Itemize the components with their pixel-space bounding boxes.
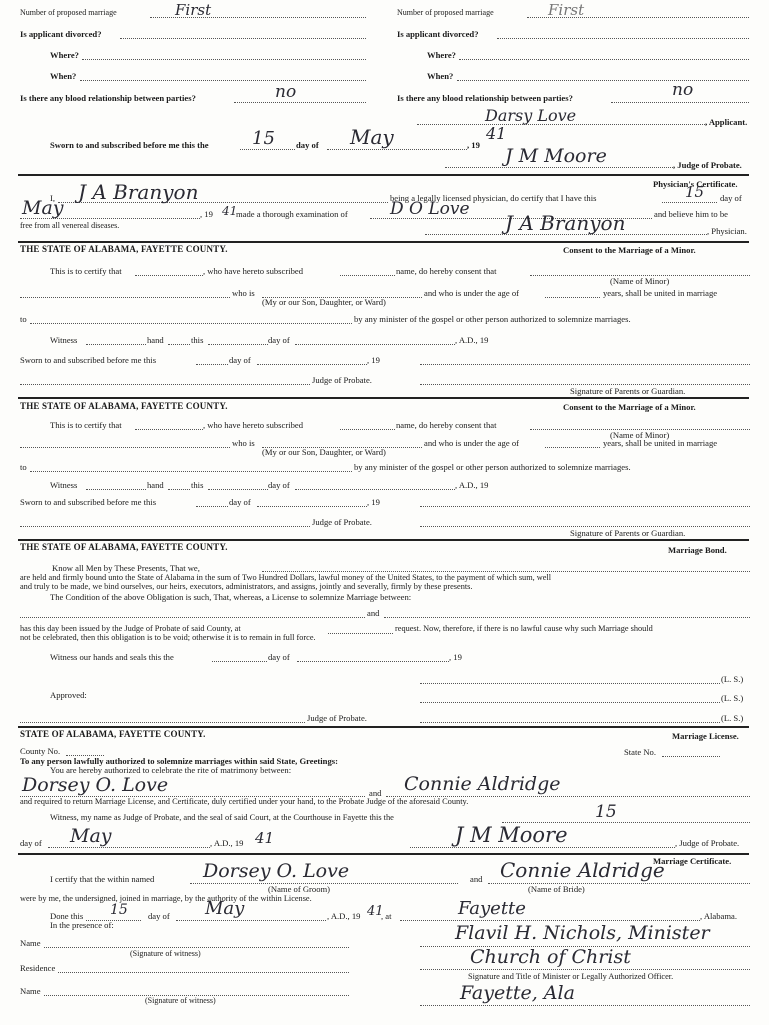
field-line — [257, 506, 367, 507]
bond-p5a: has this day been issued by the Judge of… — [20, 624, 241, 633]
hw-minister-signature: Flavil H. Nichols, Minister — [455, 922, 710, 944]
field-line — [420, 526, 750, 527]
license-day-of: day of — [20, 838, 42, 848]
sworn-b: day of — [229, 355, 251, 365]
presence-text: In the presence of: — [50, 920, 114, 930]
hw-number-marriage: First — [175, 1, 211, 19]
hw-sworn-year: 41 — [486, 124, 506, 143]
witness-e: , A.D., 19 — [455, 480, 488, 490]
sworn-a: Sworn to and subscribed before me this — [20, 497, 156, 507]
field-line — [86, 344, 146, 345]
witness-text: Witness, my name as Judge of Probate, an… — [50, 813, 394, 822]
name2-label: Name — [20, 986, 41, 996]
bond-p5b: request. Now, therefore, if there is no … — [395, 624, 653, 633]
field-line — [196, 506, 228, 507]
field-line — [340, 429, 395, 430]
parents-label: Signature of Parents or Guardian. — [570, 528, 685, 538]
license-ad: , A.D., 19 — [210, 838, 243, 848]
field-line — [44, 947, 349, 948]
field-line — [234, 102, 366, 103]
consent-line2c: years, shall be united in marriage — [603, 288, 717, 298]
hw-license-judge-signature: J M Moore — [455, 823, 568, 847]
field-line — [420, 702, 720, 703]
hw-patient: D O Love — [390, 199, 470, 219]
consent-line1c: name, do hereby consent that — [396, 266, 496, 276]
hw-cert-groom: Dorsey O. Love — [203, 860, 349, 882]
label-divorced: Is applicant divorced? — [20, 29, 102, 39]
state-header: THE STATE OF ALABAMA, FAYETTE COUNTY. — [20, 542, 228, 552]
section-title: Marriage Bond. — [668, 545, 727, 555]
consent-line2b: and who is under the age of — [424, 288, 519, 298]
hw-cert-day: 15 — [110, 902, 128, 918]
sworn-a: Sworn to and subscribed before me this — [20, 355, 156, 365]
name1-label: Name — [20, 938, 41, 948]
hw-physician-year: 41 — [222, 204, 237, 218]
ls-3: (L. S.) — [721, 713, 743, 723]
witness-c: this — [191, 335, 203, 345]
physician-text-d: made a thorough examination of — [236, 209, 348, 219]
section-title: Consent to the Marriage of a Minor. — [563, 245, 696, 255]
field-line — [297, 661, 449, 662]
cert-day-of: day of — [148, 911, 170, 921]
bride-label: (Name of Bride) — [528, 884, 585, 894]
field-line — [80, 80, 366, 81]
label-blood: Is there any blood relationship between … — [20, 93, 196, 103]
hw-physician-signature: J A Branyon — [505, 211, 625, 235]
field-line — [459, 59, 749, 60]
field-line — [58, 972, 349, 973]
field-line — [400, 920, 700, 921]
bond-p6: not be celebrated, then this obligation … — [20, 633, 316, 642]
field-line — [545, 297, 600, 298]
field-line — [20, 384, 310, 385]
hw-physician-month: May — [22, 197, 64, 219]
field-line — [457, 80, 749, 81]
consent-line3b: by any minister of the gospel or other p… — [354, 314, 631, 324]
bond-p2: are held and firmly bound unto the State… — [20, 573, 551, 582]
name-of-minor-label: (Name of Minor) — [610, 276, 669, 286]
field-line — [295, 344, 455, 345]
hw-judge-signature: J M Moore — [505, 145, 607, 167]
divider — [18, 241, 749, 243]
field-line — [212, 661, 267, 662]
consent-line3a: to — [20, 314, 27, 324]
relation-label: (My or our Son, Daughter, or Ward) — [262, 297, 386, 307]
consent-line3b: by any minister of the gospel or other p… — [354, 462, 631, 472]
ls-2: (L. S.) — [721, 693, 743, 703]
consent-line1b: , who have hereto subscribed — [203, 266, 303, 276]
parents-label: Signature of Parents or Guardian. — [570, 386, 685, 396]
hw-sworn-day: 15 — [252, 128, 275, 149]
hw-physician-name: J A Branyon — [78, 180, 198, 204]
field-line — [328, 633, 393, 634]
hw-blood: no — [275, 82, 296, 102]
minister-label: Signature and Title of Minister or Legal… — [468, 972, 673, 981]
field-line — [20, 617, 365, 618]
field-line — [420, 506, 750, 507]
divider — [18, 726, 749, 728]
witness-c: this — [191, 480, 203, 490]
divider — [18, 853, 749, 855]
consent-line2b: and who is under the age of — [424, 438, 519, 448]
bond-p4: The Condition of the above Obligation is… — [50, 592, 411, 602]
field-line — [420, 384, 750, 385]
field-line — [340, 275, 395, 276]
physician-text-e: and believe him to be — [654, 209, 728, 219]
witness-e: , A.D., 19 — [455, 335, 488, 345]
field-line — [295, 489, 455, 490]
field-line — [196, 364, 228, 365]
hw-license-bride: Connie Aldridge — [404, 773, 561, 795]
divider — [18, 174, 749, 176]
sworn-text-b: day of — [296, 140, 319, 150]
field-line — [420, 683, 720, 684]
physician-sig-label: , Physician. — [707, 226, 747, 236]
label-when: When? — [427, 71, 453, 81]
field-line — [120, 38, 366, 39]
label-number-marriage: Number of proposed marriage — [20, 8, 117, 17]
sworn-b: day of — [229, 497, 251, 507]
field-line — [48, 847, 210, 848]
judge-label: Judge of Probate. — [307, 713, 367, 723]
bond-witness-b: day of — [268, 652, 290, 662]
physician-text-b: day of — [720, 193, 742, 203]
consent-line1a: This is to certify that — [50, 420, 122, 430]
witness-d: day of — [268, 480, 290, 490]
field-line — [20, 447, 230, 448]
divider — [18, 539, 749, 541]
consent-line1c: name, do hereby consent that — [396, 420, 496, 430]
sig-witness1: (Signature of witness) — [130, 949, 201, 958]
sworn-text-c: , 19 — [467, 140, 480, 150]
cert-ad: , A.D., 19 — [327, 911, 360, 921]
hw-minister-church: Church of Christ — [470, 946, 631, 968]
field-line — [384, 617, 750, 618]
hw-sworn-month: May — [350, 125, 394, 149]
field-line — [135, 275, 203, 276]
hw-license-groom: Dorsey O. Love — [22, 774, 168, 796]
cert-and: and — [470, 874, 482, 884]
field-line — [420, 722, 720, 723]
field-line — [662, 202, 717, 203]
field-line — [257, 364, 367, 365]
label-where: Where? — [50, 50, 79, 60]
section-title: Consent to the Marriage of a Minor. — [563, 402, 696, 412]
sworn-c: , 19 — [367, 355, 380, 365]
label-applicant: , Applicant. — [705, 117, 747, 127]
consent-line2a: who is — [232, 288, 255, 298]
residence-label: Residence — [20, 963, 55, 973]
label-blood: Is there any blood relationship between … — [397, 93, 573, 103]
witness-a: Witness — [50, 335, 77, 345]
hw-number-marriage: First — [548, 1, 584, 19]
state-header: STATE OF ALABAMA, FAYETTE COUNTY. — [20, 729, 206, 739]
witness-d: day of — [268, 335, 290, 345]
bond-witness-c: , 19 — [449, 652, 462, 662]
hw-minister-place: Fayette, Ala — [460, 982, 575, 1004]
hw-cert-bride: Connie Aldridge — [500, 858, 665, 882]
license-judge-label: , Judge of Probate. — [675, 838, 739, 848]
approved-label: Approved: — [50, 690, 87, 700]
field-line — [168, 344, 190, 345]
cert-at: , at — [381, 911, 392, 921]
relation-label: (My or our Son, Daughter, or Ward) — [262, 447, 386, 457]
field-line — [208, 344, 268, 345]
field-line — [240, 149, 295, 150]
witness-b: hand — [147, 335, 164, 345]
field-line — [30, 471, 352, 472]
section-title: Marriage License. — [672, 731, 739, 741]
hw-cert-month: May — [205, 898, 244, 919]
physician-text-c: , 19 — [200, 209, 213, 219]
field-line — [662, 756, 720, 757]
required-text: and required to return Marriage License,… — [20, 797, 468, 806]
bond-p1: Know all Men by These Presents, That we, — [52, 563, 200, 573]
hw-license-month: May — [70, 825, 112, 847]
hw-cert-place: Fayette — [458, 898, 526, 919]
divider — [18, 397, 749, 399]
field-line — [497, 38, 749, 39]
witness-a: Witness — [50, 480, 77, 490]
label-judge: , Judge of Probate. — [673, 160, 742, 170]
state-no-label: State No. — [624, 747, 656, 757]
physician-text-f: free from all venereal diseases. — [20, 221, 119, 230]
field-line — [611, 102, 749, 103]
hw-blood: no — [672, 80, 693, 100]
sig-witness2: (Signature of witness) — [145, 996, 216, 1005]
bond-and: and — [367, 608, 379, 618]
joined-text: were by me, the undersigned, joined in m… — [20, 894, 312, 903]
bond-witness-a: Witness our hands and seals this the — [50, 652, 174, 662]
sworn-c: , 19 — [367, 497, 380, 507]
state-header: THE STATE OF ALABAMA, FAYETTE COUNTY. — [20, 244, 228, 254]
field-line — [168, 489, 190, 490]
label-number-marriage: Number of proposed marriage — [397, 8, 494, 17]
consent-line2a: who is — [232, 438, 255, 448]
field-line — [410, 847, 675, 848]
label-divorced: Is applicant divorced? — [397, 29, 479, 39]
witness-b: hand — [147, 480, 164, 490]
field-line — [262, 571, 750, 572]
field-line — [420, 364, 750, 365]
field-line — [20, 722, 305, 723]
field-line — [420, 1005, 750, 1006]
label-when: When? — [50, 71, 76, 81]
hw-license-year: 41 — [255, 829, 274, 847]
field-line — [86, 489, 146, 490]
hw-physician-day: 15 — [685, 183, 704, 201]
field-line — [135, 429, 203, 430]
field-line — [176, 920, 326, 921]
field-line — [20, 526, 310, 527]
consent-line2c: years, shall be united in marriage — [603, 438, 717, 448]
ls-1: (L. S.) — [721, 674, 743, 684]
consent-line1a: This is to certify that — [50, 266, 122, 276]
label-where: Where? — [427, 50, 456, 60]
field-line — [420, 969, 750, 970]
hw-license-day: 15 — [595, 802, 617, 822]
bond-p3: and truly to be made, we bind ourselves,… — [20, 582, 472, 591]
field-line — [445, 167, 673, 168]
consent-line1b: , who have hereto subscribed — [203, 420, 303, 430]
cert-alabama: , Alabama. — [700, 911, 737, 921]
county-no-label: County No. — [20, 746, 60, 756]
field-line — [545, 447, 600, 448]
field-line — [208, 489, 268, 490]
consent-line3a: to — [20, 462, 27, 472]
judge-label: Judge of Probate. — [312, 517, 372, 527]
certify-text: I certify that the within named — [50, 874, 154, 884]
sworn-text-a: Sworn to and subscribed before me this t… — [50, 140, 209, 150]
field-line — [20, 297, 230, 298]
judge-label: Judge of Probate. — [312, 375, 372, 385]
field-line — [30, 323, 352, 324]
field-line — [82, 59, 366, 60]
hw-applicant-signature: Darsy Love — [485, 106, 576, 125]
field-line — [327, 149, 467, 150]
groom-label: (Name of Groom) — [268, 884, 330, 894]
state-header: THE STATE OF ALABAMA, FAYETTE COUNTY. — [20, 401, 228, 411]
